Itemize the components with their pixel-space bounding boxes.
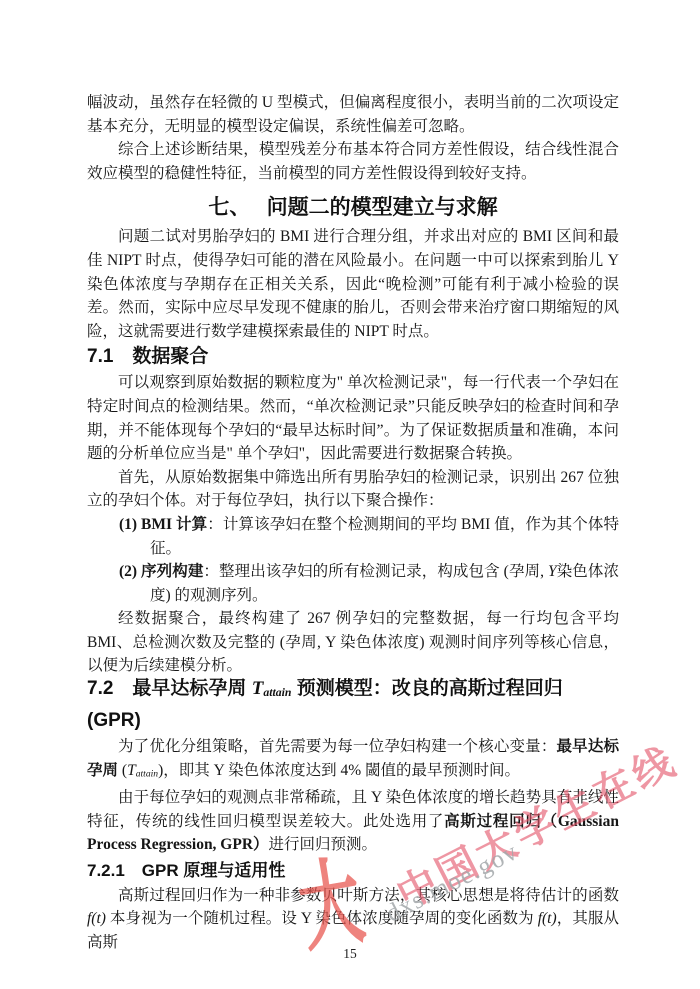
section-7-title: 七、 问题二的模型建立与求解 [87,193,619,223]
page-body: 幅波动，虽然存在轻微的 U 型模式，但偏离程度很小，表明当前的二次项设定基本充分… [87,91,619,955]
paragraph-aggregation-result: 经数据聚合，最终构建了 267 例孕妇的完整数据，每一行均包含平均 BMI、总检… [87,607,619,678]
list-item-sequence-build: (2) 序列构建：整理出该孕妇的所有检测记录，构成包含 (孕周, Y染色体浓度)… [87,560,619,607]
list-item-bmi-calc: (1) BMI 计算：计算该孕妇在整个检测期间的平均 BMI 值，作为其个体特征… [87,513,619,560]
paragraph-granularity: 可以观察到原始数据的颗粒度为" 单次检测记录"，每一行代表一个孕妇在特定时间点的… [87,371,619,465]
heading-7-2: 7.2 最早达标孕周 Tattain 预测模型：改良的高斯过程回归 (GPR) [87,675,619,735]
paragraph-tattain-def: 为了优化分组策略，首先需要为每一位孕妇构建一个核心变量：最早达标孕周 (Tatt… [87,735,619,786]
paragraph-screening: 首先，从原始数据集中筛选出所有男胎孕妇的检测记录，识别出 267 位独立的孕妇个… [87,466,619,513]
page-footer: 15 [0,946,700,962]
document-page: 幅波动，虽然存在轻微的 U 型模式，但偏离程度很小，表明当前的二次项设定基本充分… [0,0,700,989]
page-number: 15 [343,946,357,961]
paragraph-gpr-choice: 由于每位孕妇的观测点非常稀疏，且 Y 染色体浓度的增长趋势具有非线性特征，传统的… [87,786,619,857]
paragraph-problem2-intro: 问题二试对男胎孕妇的 BMI 进行合理分组，并求出对应的 BMI 区间和最佳 N… [87,225,619,343]
heading-7-2-1: 7.2.1 GPR 原理与适用性 [87,858,619,884]
heading-7-1: 7.1 数据聚合 [87,343,619,371]
paragraph-residual-1: 幅波动，虽然存在轻微的 U 型模式，但偏离程度很小，表明当前的二次项设定基本充分… [87,91,619,138]
paragraph-residual-2: 综合上述诊断结果，模型残差分布基本符合同方差性假设，结合线性混合效应模型的稳健性… [87,138,619,185]
paragraph-gpr-principle: 高斯过程回归作为一种非参数贝叶斯方法，其核心思想是将待估计的函数 f(t) 本身… [87,884,619,955]
